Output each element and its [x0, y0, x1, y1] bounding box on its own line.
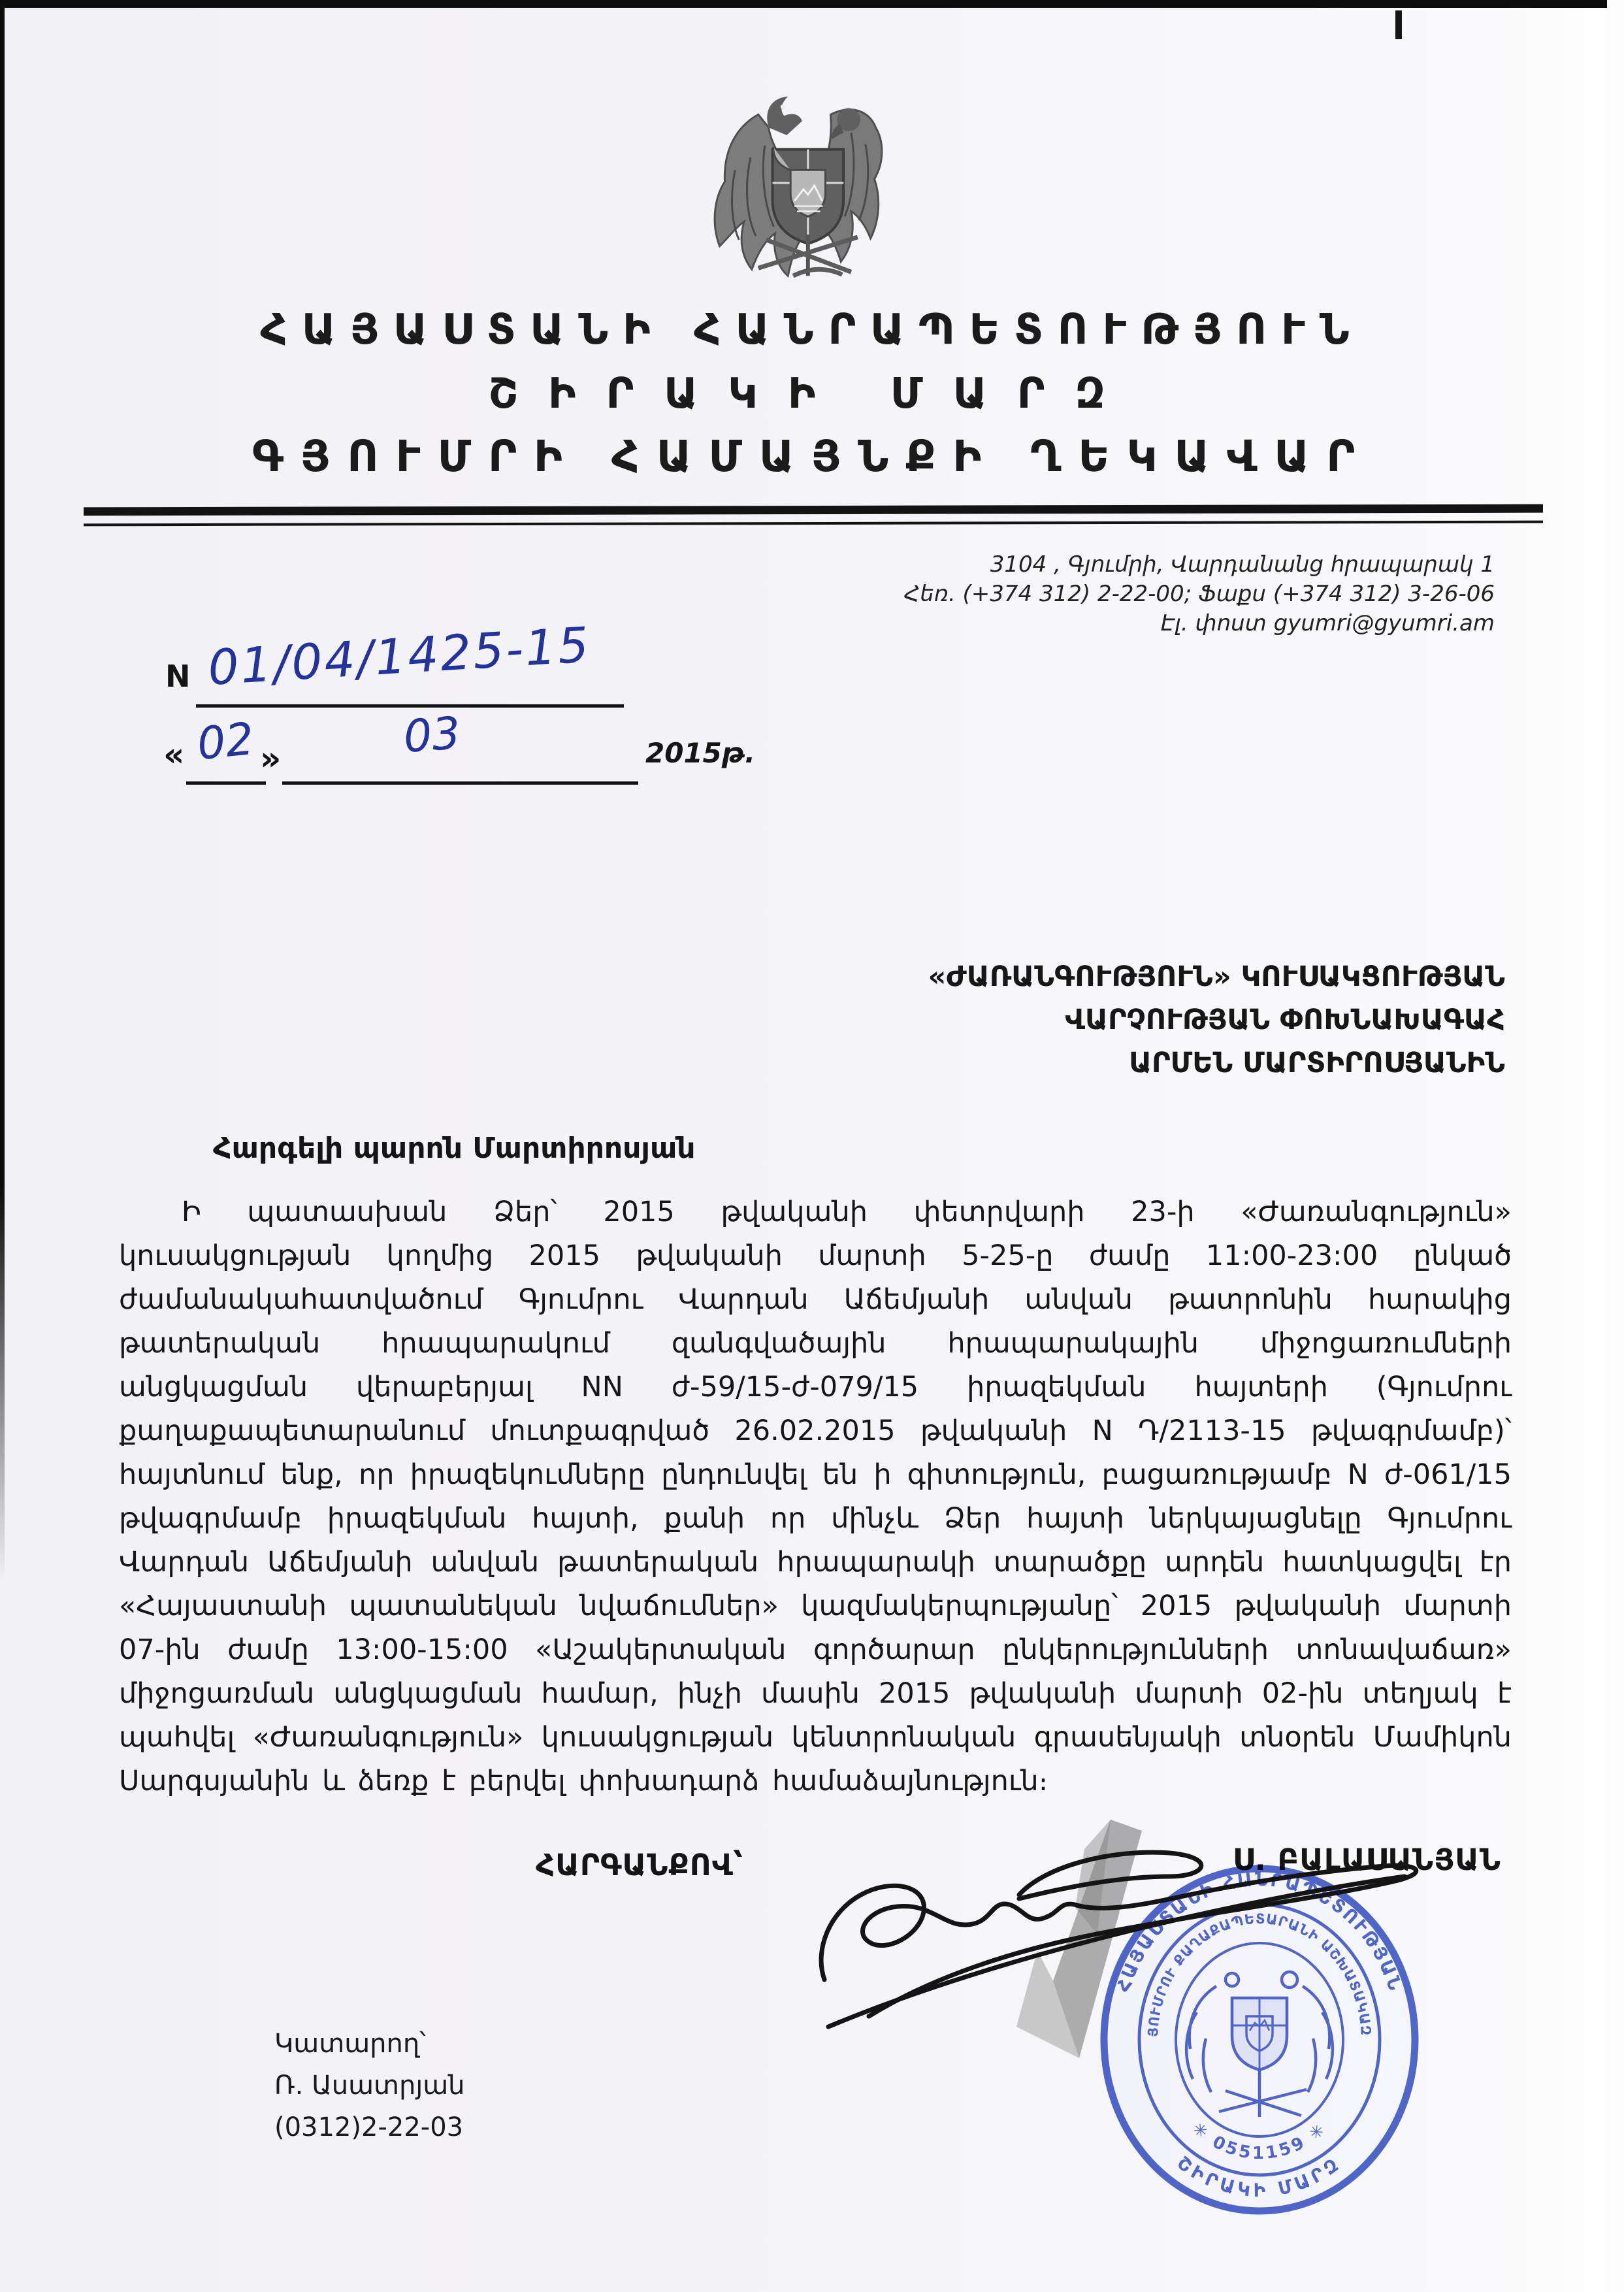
greeting: Հարգելի պարոն Մարտիրոսյան	[213, 1132, 696, 1165]
recipient-title: ՎԱՐՉՈՒԹՅԱՆ ՓՈԽՆԱԽԱԳԱՀ	[928, 998, 1505, 1041]
letterhead-office: ԳՅՈՒՄՐԻ ՀԱՄԱՅՆՔԻ ՂԵԿԱՎԱՐ	[0, 431, 1624, 482]
letterhead-region: ՇԻՐԱԿԻ ՄԱՐԶ	[0, 370, 1624, 418]
eagle-head	[767, 97, 802, 135]
date-close-quote: »	[260, 740, 281, 778]
recipient-block: «ԺԱՌԱՆԳՈՒԹՅՈՒՆ» ԿՈՒՍԱԿՑՈՒԹՅԱՆ ՎԱՐՉՈՒԹՅԱՆ…	[928, 955, 1505, 1085]
reference-number-underline	[196, 704, 624, 708]
executor-label: Կատարող՝	[274, 2023, 465, 2065]
date-year-printed: 2015թ.	[645, 737, 755, 769]
letterhead-rule-thin	[84, 521, 1543, 527]
date-month-handwritten: 03	[402, 708, 462, 763]
date-month-underline	[282, 781, 638, 785]
letterhead-rule-thick	[84, 504, 1543, 516]
reference-number-label: N	[165, 659, 191, 694]
date-open-quote: «	[163, 736, 184, 774]
scan-edge-top	[0, 0, 1624, 8]
gray-checkmark-artifact	[1016, 1820, 1142, 2058]
scan-edge-left	[0, 0, 5, 1581]
letter-body: Ի պատասխան Ձեր՝ 2015 թվականի փետրվարի 23…	[119, 1190, 1512, 1803]
stamp-outer-top-text: ՀԱՅԱՍՏԱՆԻ ՀԱՆՐԱՊԵՏՈՒԹՅԱՆ	[1112, 1869, 1406, 1995]
eagle-eye	[781, 105, 785, 109]
scan-edge-tick	[1395, 10, 1402, 39]
address-line-street: 3104 , Գյումրի, Վարդանանց հրապարակ 1	[904, 550, 1495, 580]
closing-respect: ՀԱՐԳԱՆՔՈՎ՝	[536, 1848, 743, 1882]
address-line-email: Էլ. փոստ gyumri@gyumri.am	[904, 609, 1495, 638]
letterhead-country: ՀԱՅԱՍՏԱՆԻ ՀԱՆՐԱՊԵՏՈՒԹՅՈՒՆ	[0, 306, 1624, 354]
letterhead-address: 3104 , Գյումրի, Վարդանանց հրապարակ 1 Հեռ…	[904, 550, 1495, 638]
executor-block: Կատարող՝ Ռ. Ասատրյան (0312)2-22-03	[274, 2023, 465, 2148]
signature	[821, 1852, 1416, 2027]
scanned-letter-page: ՀԱՅԱՍՏԱՆԻ ՀԱՆՐԱՊԵՏՈՒԹՅՈՒՆ ՇԻՐԱԿԻ ՄԱՐԶ ԳՅ…	[0, 0, 1624, 2292]
executor-phone: (0312)2-22-03	[274, 2106, 465, 2148]
reference-number-handwritten: 01/04/1425-15	[206, 617, 593, 696]
stamp-outer-bottom-text: ՇԻՐԱԿԻ ՄԱՐԶ	[1173, 2152, 1346, 2201]
date-day-handwritten: 02	[195, 713, 256, 771]
stamp-inner-bottom-text: ✳ 0551159 ✳	[1188, 2119, 1331, 2163]
closing-signer-name: Ս. ԲԱԼԱՍԱՆՅԱՆ	[1233, 1842, 1501, 1877]
coat-of-arms-emblem	[696, 73, 903, 293]
date-day-underline	[186, 781, 266, 785]
recipient-name: ԱՐՄԵՆ ՄԱՐՏԻՐՈՍՅԱՆԻՆ	[928, 1041, 1505, 1085]
recipient-party: «ԺԱՌԱՆԳՈՒԹՅՈՒՆ» ԿՈՒՍԱԿՑՈՒԹՅԱՆ	[928, 955, 1505, 998]
address-line-phone-fax: Հեռ. (+374 312) 2-22-00; Ֆաքս (+374 312)…	[904, 580, 1495, 609]
executor-name: Ռ. Ասատրյան	[274, 2065, 465, 2106]
stamp-coat-of-arms	[1186, 1972, 1333, 2117]
